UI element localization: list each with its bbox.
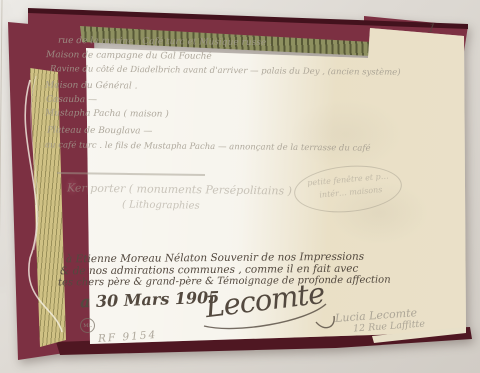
- museum-stamp: ML: [80, 318, 95, 333]
- pencil-note-line: Casauba —: [46, 96, 97, 106]
- pencil-note-line: Plateau de Bouglava —: [47, 126, 152, 136]
- signature-flourish: [196, 282, 356, 337]
- museum-stamp-monogram: ML: [83, 323, 91, 329]
- study-note-line2: ( Lithographies: [122, 200, 200, 211]
- pencil-note-line: Maison du Général .: [45, 82, 138, 92]
- pencil-note-line: Maison de campagne du Gal Fouché: [46, 51, 212, 62]
- pencil-note-line: Mustapha Pacha ( maison ): [45, 109, 169, 119]
- circled-note-line2: intér… maisons: [319, 186, 383, 199]
- sketchbook: 1 rue de la marine . Café turc et Musiqu…: [0, 0, 480, 373]
- study-note-line1: Ker porter ( monuments Persépolitains ): [67, 182, 292, 196]
- sketchbook-photo: 1 rue de la marine . Café turc et Musiqu…: [0, 0, 480, 373]
